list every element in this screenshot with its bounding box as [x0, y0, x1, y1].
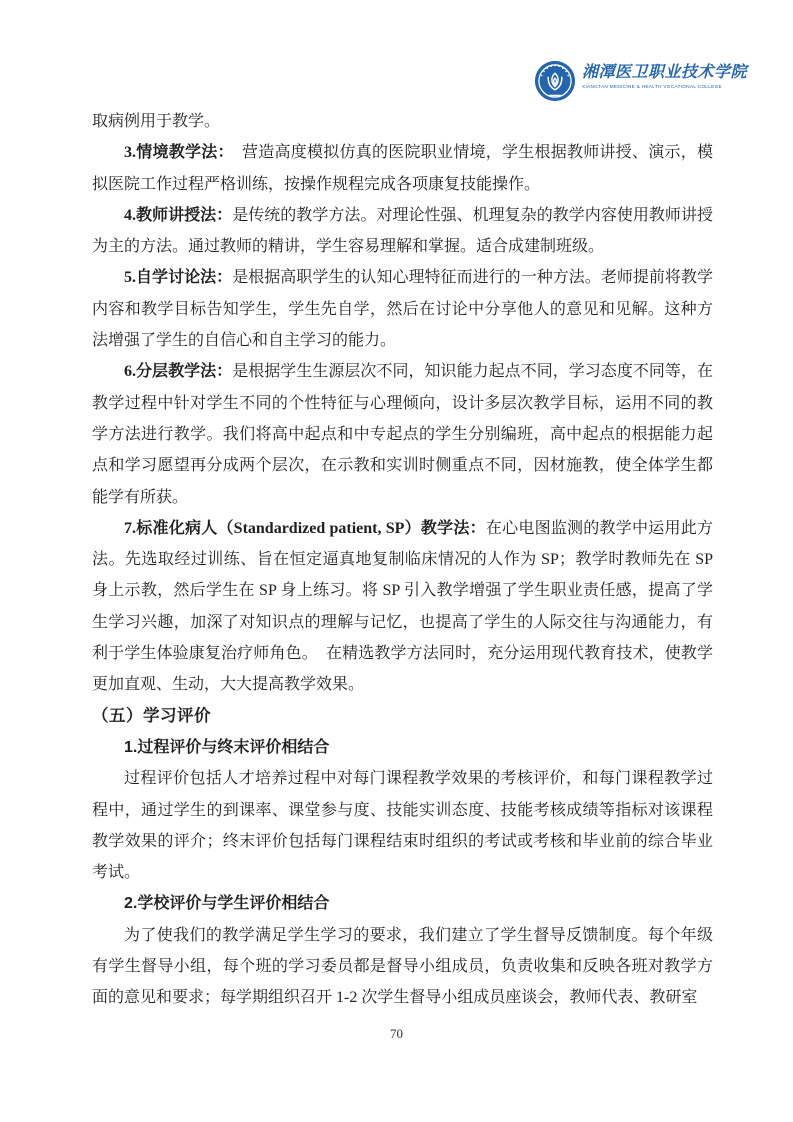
college-name-en: XIANGTAN MEDICINE & HEALTH VOCATIONAL CO… [582, 84, 722, 89]
paragraph-continuation: 取病例用于教学。 [92, 106, 713, 137]
paragraph: 4.教师讲授法：是传统的教学方法。对理论性强、机理复杂的教学内容使用教师讲授为主… [92, 200, 713, 263]
section-heading: （五）学习评价 [92, 701, 713, 732]
page-number: 70 [0, 1026, 793, 1042]
document-body: 取病例用于教学。3.情境教学法： 营造高度模拟仿真的医院职业情境，学生根据教师讲… [92, 106, 713, 1014]
paragraph: 过程评价包括人才培养过程中对每门课程教学效果的考核评价，和每门课程教学过程中，通… [92, 763, 713, 888]
paragraph-lead: 5.自学讨论法： [124, 269, 232, 286]
sub-section-heading: 2.学校评价与学生评价相结合 [92, 888, 713, 919]
document-page: 湘潭医卫职业技术学院 XIANGTAN MEDICINE & HEALTH VO… [0, 0, 793, 1122]
college-logo-text: 湘潭医卫职业技术学院 XIANGTAN MEDICINE & HEALTH VO… [582, 60, 793, 93]
paragraph: 6.分层教学法：是根据学生生源层次不同，知识能力起点不同，学习态度不同等，在教学… [92, 356, 713, 512]
sub-section-heading: 1.过程评价与终末评价相结合 [92, 732, 713, 763]
paragraph: 5.自学讨论法：是根据高职学生的认知心理特征而进行的一种方法。老师提前将教学内容… [92, 262, 713, 356]
college-emblem-icon [534, 60, 576, 102]
college-logo: 湘潭医卫职业技术学院 XIANGTAN MEDICINE & HEALTH VO… [534, 60, 793, 102]
paragraph-lead: 3.情境教学法： [124, 144, 226, 161]
paragraph: 为了使我们的教学满足学生学习的要求，我们建立了学生督导反馈制度。每个年级有学生督… [92, 920, 713, 1014]
paragraph: 7.标准化病人（Standardized patient, SP）教学法：在心电… [92, 513, 713, 701]
paragraph-lead: 4.教师讲授法： [124, 207, 232, 224]
college-name-zh: 湘潭医卫职业技术学院 [582, 63, 793, 82]
paragraph-lead: 7.标准化病人（Standardized patient, SP）教学法： [124, 520, 486, 537]
paragraph-lead: 6.分层教学法： [124, 363, 232, 380]
paragraph: 3.情境教学法： 营造高度模拟仿真的医院职业情境，学生根据教师讲授、演示，模拟医… [92, 137, 713, 200]
